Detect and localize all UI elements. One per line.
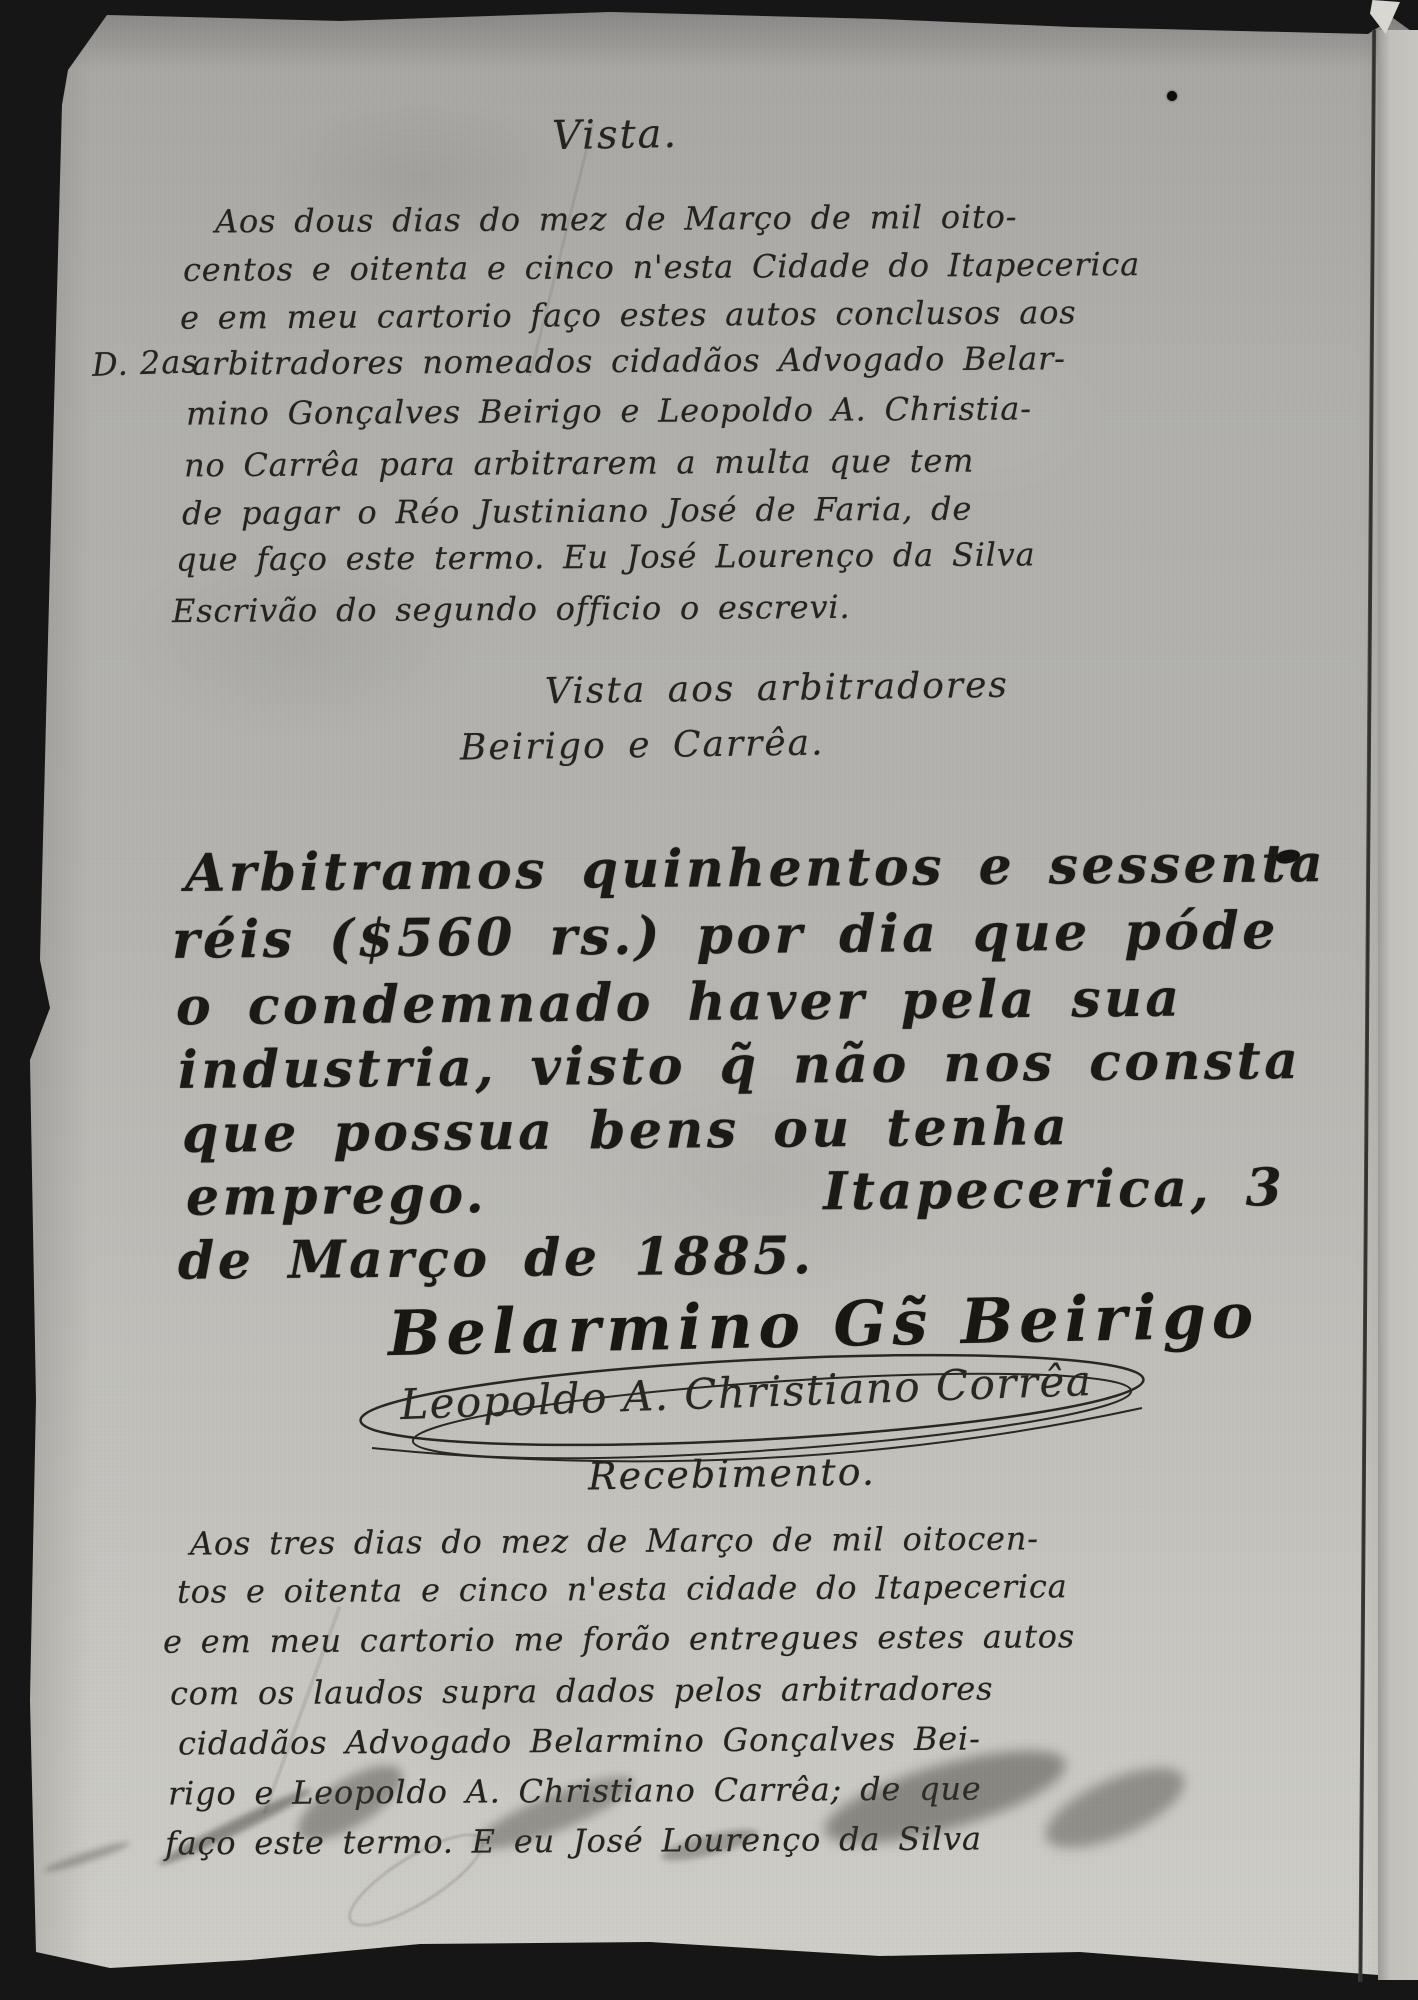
handwriting-line: mino Gonçalves Beirigo e Leopoldo A. Chr…	[186, 389, 1032, 432]
adjacent-page-edge	[1378, 30, 1418, 1980]
handwriting-line: o condemnado haver pela sua	[176, 968, 1183, 1038]
handwriting-line: de Março de 1885.	[178, 1225, 815, 1292]
handwriting-line: Vista aos arbitradores	[545, 665, 1009, 712]
ink-smudge	[43, 1838, 132, 1875]
scan-background: Vista. Aos dous dias do mez de Março de …	[0, 0, 1418, 2000]
handwriting-line: Escrivão do segundo officio o escrevi.	[172, 588, 851, 630]
handwriting-line: e em meu cartorio faço estes autos concl…	[180, 293, 1077, 336]
handwriting-line: emprego. Itapecerica, 3	[186, 1157, 1286, 1228]
handwriting-line: com os laudos supra dados pelos arbitrad…	[170, 1669, 993, 1712]
handwriting-line: que possua bens ou tenha	[182, 1096, 1071, 1165]
ink-dot	[1167, 91, 1177, 101]
handwriting-line: tos e oitenta e cinco n'esta cidade do I…	[177, 1567, 1068, 1610]
handwriting-line: arbitradores nomeados cidadãos Advogado …	[192, 339, 1066, 382]
handwriting-line: Aos tres dias do mez de Março de mil oit…	[190, 1519, 1039, 1562]
handwriting-line: que faço este termo. Eu José Lourenço da…	[176, 535, 1036, 578]
handwriting-line: industria, visto q̃ não nos consta	[178, 1030, 1302, 1101]
handwriting-line: Arbitramos quinhentos e sessenta	[185, 833, 1327, 904]
handwriting-line: e em meu cartorio me forão entregues est…	[163, 1617, 1075, 1661]
handwriting-line: centos e oitenta e cinco n'esta Cidade d…	[183, 245, 1140, 289]
margin-note: D. 2as	[91, 342, 199, 384]
document-page: Vista. Aos dous dias do mez de Março de …	[0, 0, 1418, 2000]
heading-vista: Vista.	[552, 111, 679, 159]
handwriting-line: Beirigo e Carrêa.	[460, 722, 825, 768]
handwriting-line: réis ($560 rs.) por dia que póde	[172, 900, 1279, 971]
handwriting-line: de pagar o Réo Justiniano José de Faria,…	[182, 490, 972, 533]
handwriting-line: Aos dous dias do mez de Março de mil oit…	[215, 198, 1017, 241]
handwriting-line: no Carrêa para arbitrarem a multa que te…	[184, 442, 974, 485]
heading-recebimento: Recebimento.	[588, 1449, 877, 1498]
